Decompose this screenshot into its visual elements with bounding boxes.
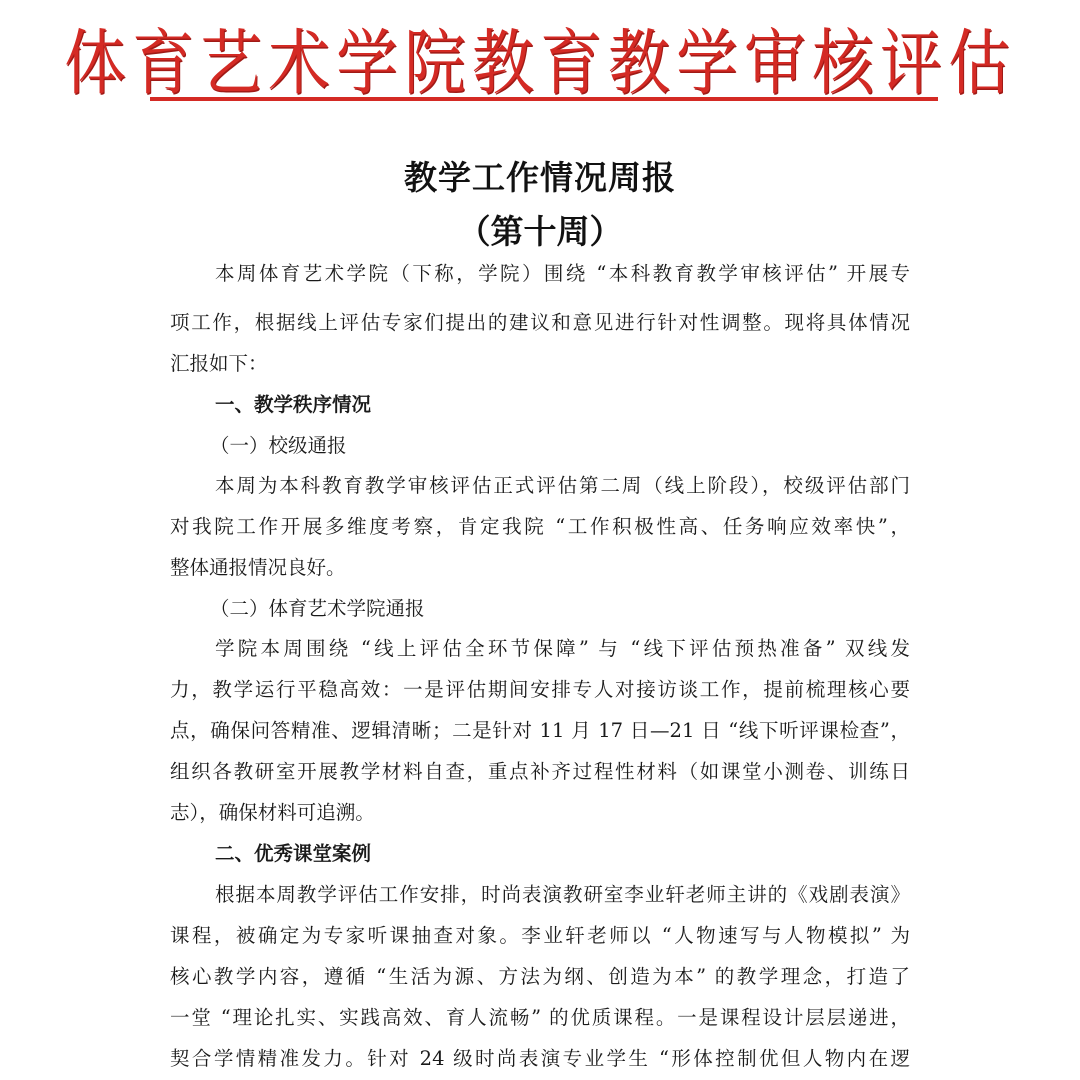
paragraph-line: 课程，被确定为专家听课抽查对象。李业轩老师以 “人物速写与人物模拟” 为 <box>170 924 910 948</box>
intro-line: 项工作，根据线上评估专家们提出的建议和意见进行针对性调整。现将具体情况 <box>170 311 910 335</box>
paragraph-line: 力，教学运行平稳高效：一是评估期间安排专人对接访谈工作，提前梳理核心要 <box>170 678 910 702</box>
paragraph-line: 整体通报情况良好。 <box>170 556 910 580</box>
paragraph-line: 核心教学内容，遵循 “生活为源、方法为纲、创造为本” 的教学理念，打造了 <box>170 965 910 989</box>
paragraph-line: 对我院工作开展多维度考察，肯定我院 “工作积极性高、任务响应效率快”， <box>170 515 910 539</box>
paragraph-line: 本周为本科教育教学审核评估正式评估第二周（线上阶段），校级评估部门 <box>215 474 910 498</box>
subsection-heading-school-report: （一）校级通报 <box>210 434 950 458</box>
paragraph-line: 点，确保问答精准、逻辑清晰；二是针对 11 月 17 日—21 日 “线下听评课… <box>170 719 910 743</box>
paragraph-line: 契合学情精准发力。针对 24 级时尚表演专业学生 “形体控制优但人物内在逻 <box>170 1047 910 1071</box>
intro-line: 本周体育艺术学院（下称，学院）围绕 “本科教育教学审核评估” 开展专 <box>215 262 910 286</box>
section-heading-excellent-class: 二、优秀课堂案例 <box>215 842 955 866</box>
paragraph-line: 志），确保材料可追溯。 <box>170 801 910 825</box>
section-heading-teaching-order: 一、教学秩序情况 <box>215 393 955 417</box>
intro-line: 汇报如下： <box>170 352 910 376</box>
subsection-heading-college-report: （二）体育艺术学院通报 <box>210 597 950 621</box>
banner-title: 体育艺术学院教育教学审核评估 <box>0 6 1080 108</box>
paragraph-line: 组织各教研室开展教学材料自查，重点补齐过程性材料（如课堂小测卷、训练日 <box>170 760 910 784</box>
document-subtitle: （第十周） <box>0 206 1080 253</box>
paragraph-line: 根据本周教学评估工作安排，时尚表演教研室李业轩老师主讲的《戏剧表演》 <box>215 883 910 907</box>
header-divider <box>150 97 938 101</box>
paragraph-line: 一堂 “理论扎实、实践高效、育人流畅” 的优质课程。一是课程设计层层递进， <box>170 1006 910 1030</box>
paragraph-line: 学院本周围绕 “线上评估全环节保障” 与 “线下评估预热准备” 双线发 <box>215 637 910 661</box>
document-title: 教学工作情况周报 <box>0 152 1080 199</box>
